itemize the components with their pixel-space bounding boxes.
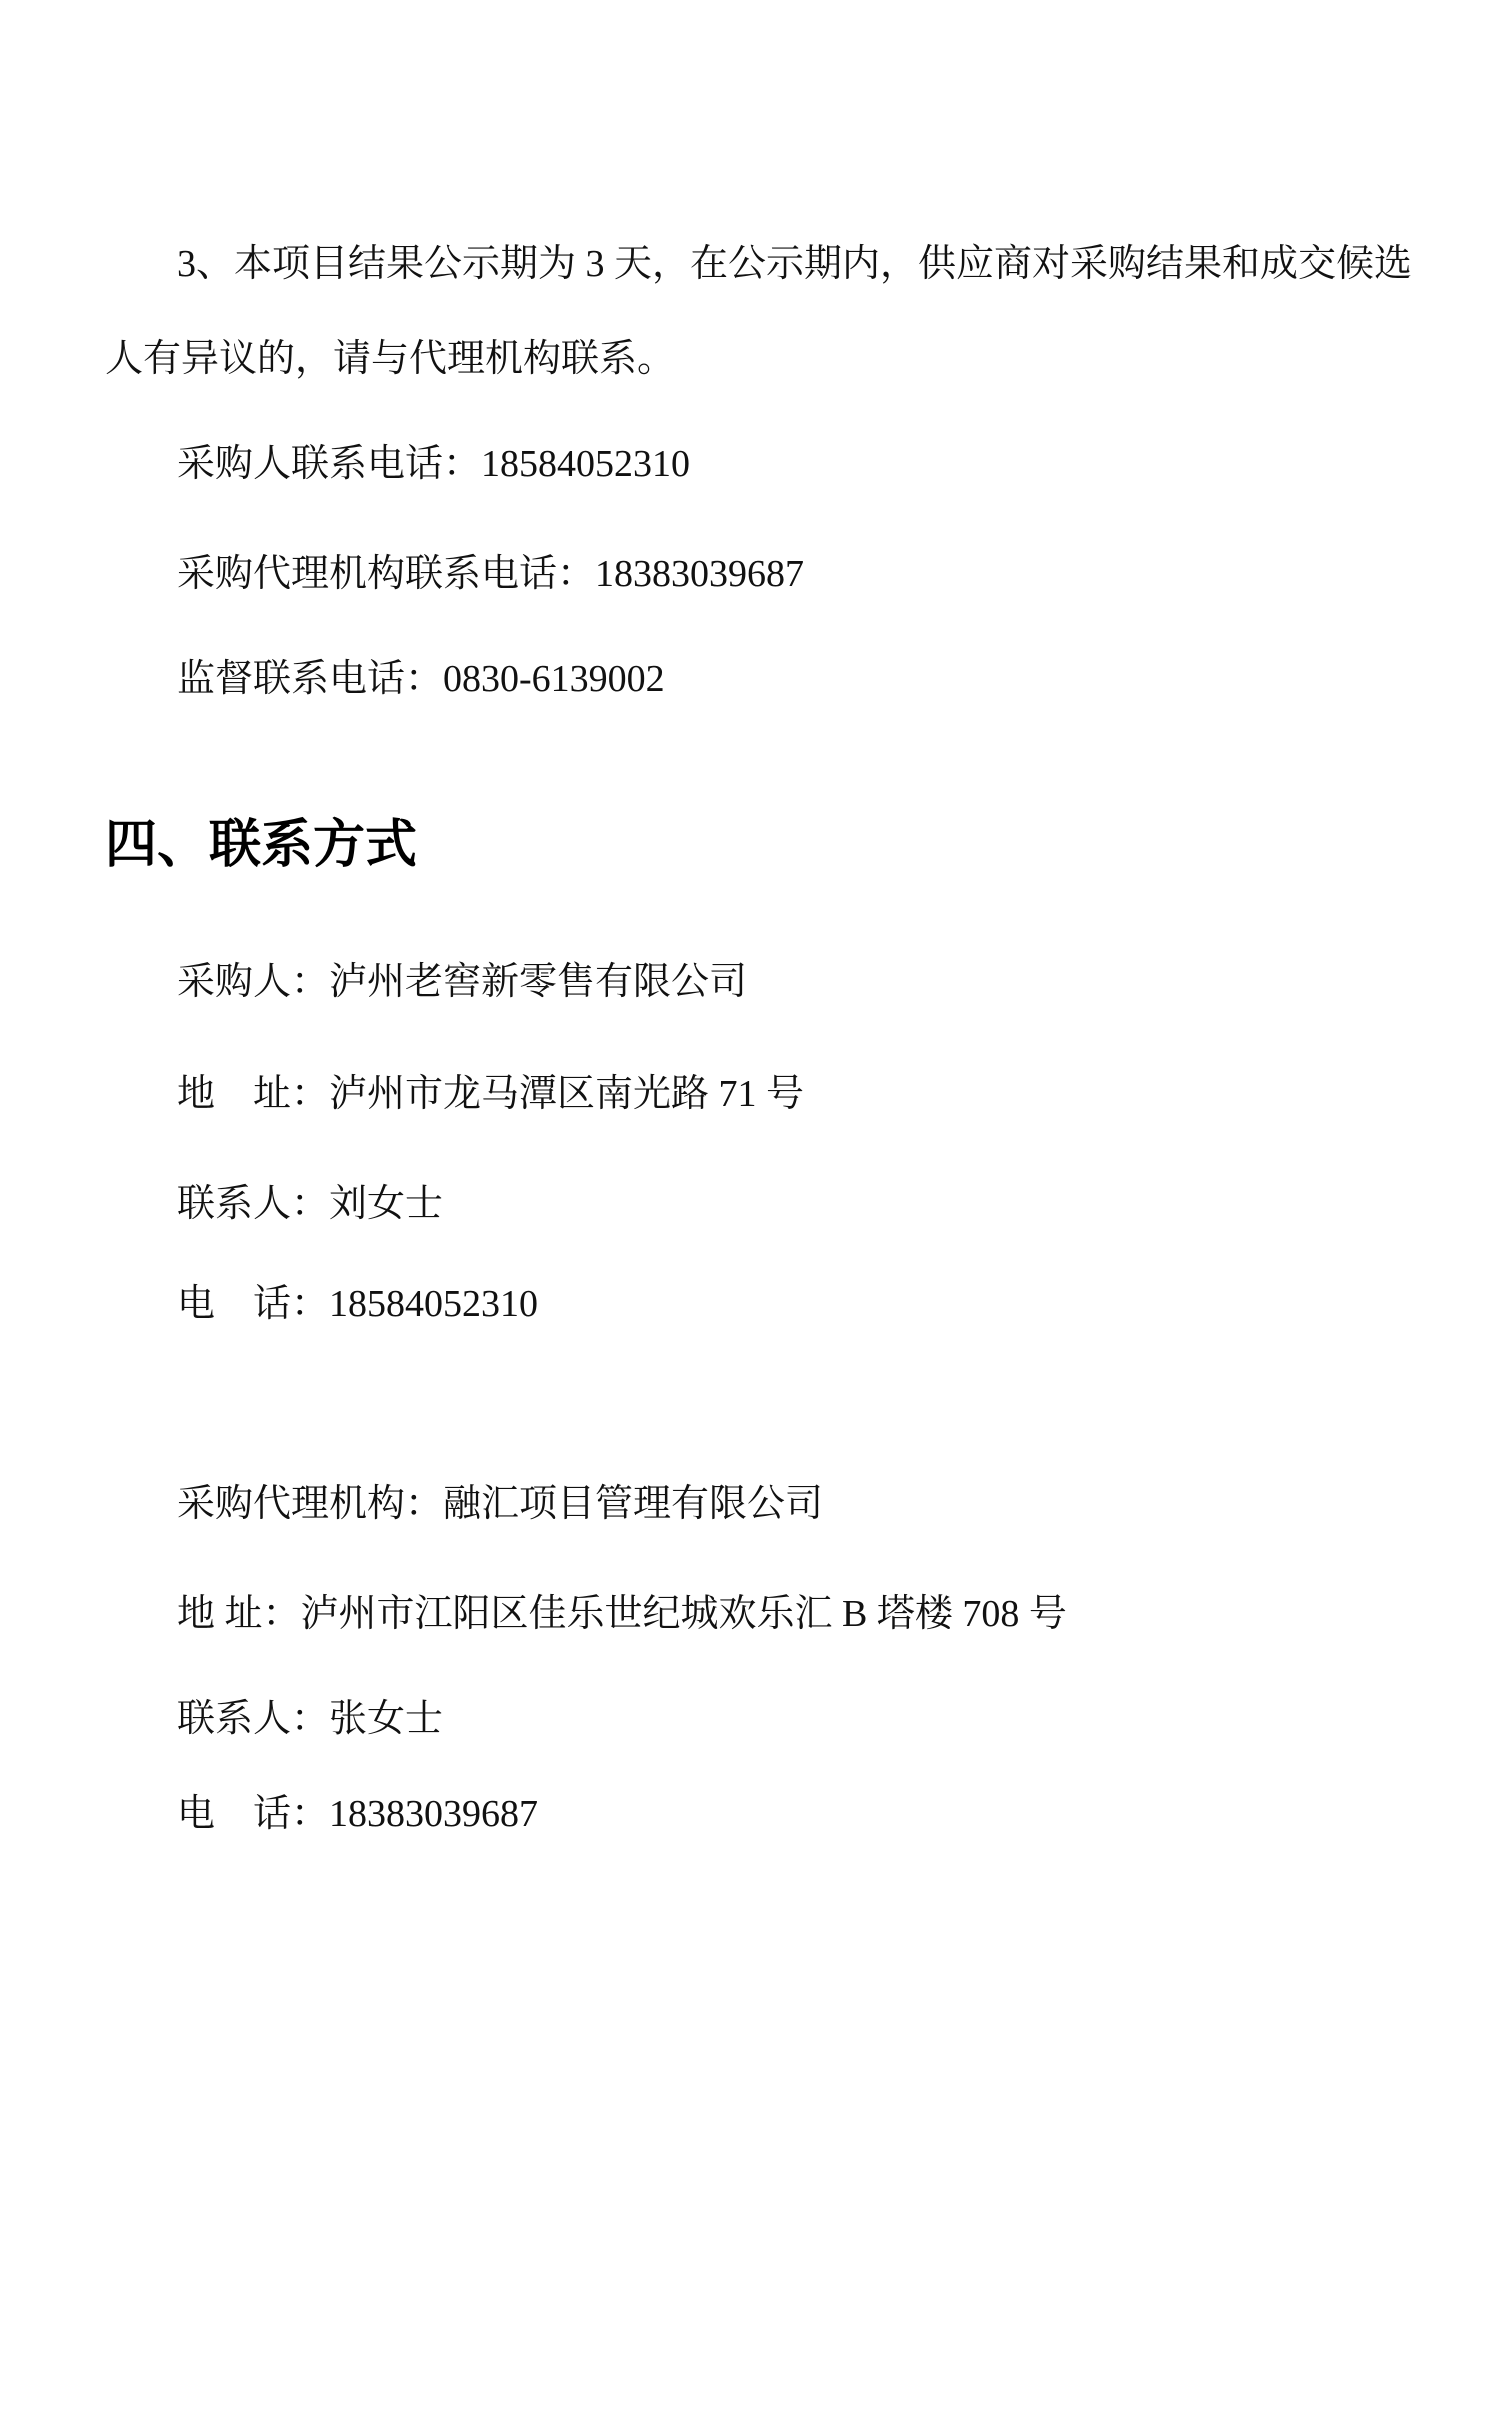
agency-telephone-line: 电 话：18383039687 bbox=[105, 1767, 1415, 1862]
purchaser-telephone-line: 电 话：18584052310 bbox=[105, 1257, 1415, 1352]
purchaser-contact-person-line: 联系人：刘女士 bbox=[105, 1157, 1415, 1252]
purchaser-phone-notice-line: 采购人联系电话：18584052310 bbox=[105, 417, 1415, 512]
agency-phone-notice-line: 采购代理机构联系电话：18383039687 bbox=[105, 527, 1415, 622]
supervision-phone-notice-line: 监督联系电话：0830-6139002 bbox=[105, 632, 1415, 727]
notice-paragraph-line-1: 3、本项目结果公示期为 3 天，在公示期内，供应商对采购结果和成交候选 bbox=[105, 217, 1415, 312]
purchaser-address-line: 地 址：泸州市龙马潭区南光路 71 号 bbox=[105, 1047, 1415, 1142]
agency-contact-person-line: 联系人：张女士 bbox=[105, 1672, 1415, 1767]
section-heading-contact-info: 四、联系方式 bbox=[105, 808, 1415, 883]
document-page: 3、本项目结果公示期为 3 天，在公示期内，供应商对采购结果和成交候选 人有异议… bbox=[0, 0, 1500, 2409]
notice-paragraph: 3、本项目结果公示期为 3 天，在公示期内，供应商对采购结果和成交候选 人有异议… bbox=[105, 217, 1415, 407]
purchaser-name-line: 采购人：泸州老窖新零售有限公司 bbox=[105, 935, 1415, 1030]
agency-address-line: 地 址：泸州市江阳区佳乐世纪城欢乐汇 B 塔楼 708 号 bbox=[105, 1567, 1415, 1662]
agency-name-line: 采购代理机构：融汇项目管理有限公司 bbox=[105, 1457, 1415, 1552]
notice-paragraph-line-2: 人有异议的，请与代理机构联系。 bbox=[105, 312, 1415, 407]
document-content: 3、本项目结果公示期为 3 天，在公示期内，供应商对采购结果和成交候选 人有异议… bbox=[0, 217, 1500, 1862]
